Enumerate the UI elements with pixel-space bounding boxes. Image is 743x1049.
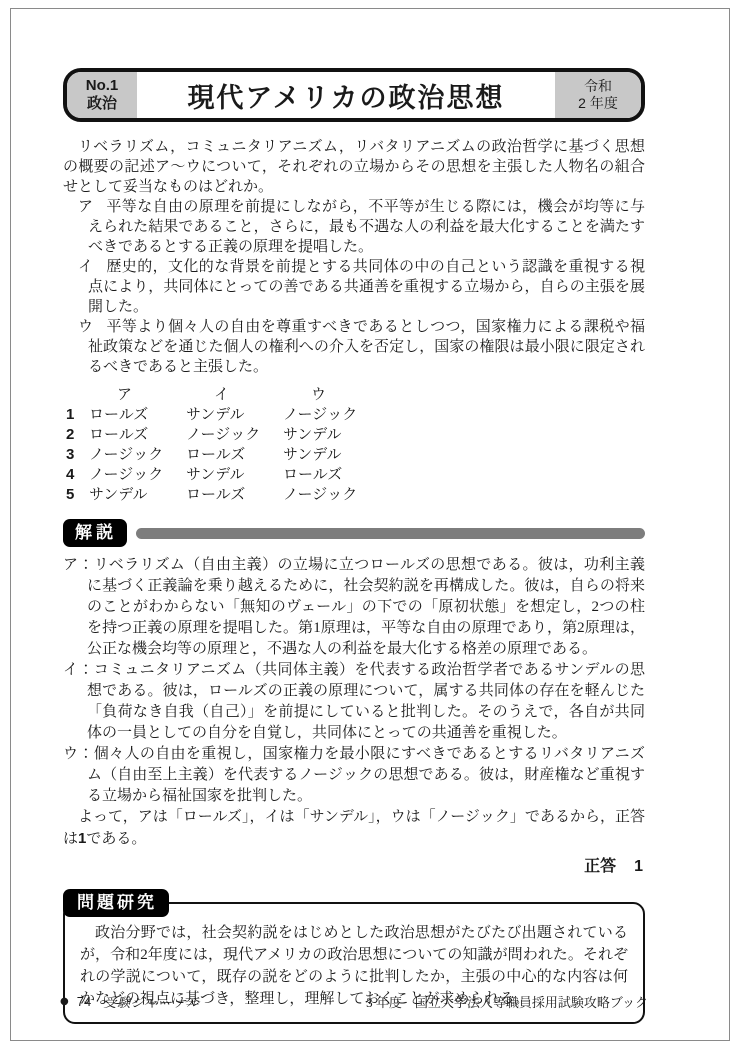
statement-u-marker: ウ [78, 319, 93, 335]
statement-i-text: 歴史的，文化的な背景を前提とする共同体の中の自己という認識を重視する視点により，… [88, 259, 645, 315]
choice-5-c: ノージック [283, 485, 380, 505]
question-intro: リベラリズム，コミュニタリアニズム，リバタリアニズムの政治哲学に基づく思想の概要… [63, 137, 645, 197]
kenkyu-badge: 問題研究 [63, 889, 169, 917]
kaisetsu-badge: 解説 [63, 519, 127, 547]
question-number: No.1 [86, 77, 119, 95]
answer-value: 1 [634, 858, 643, 875]
kaisetsu-item-i-marker: イ： [63, 662, 94, 678]
statement-a: ア平等な自由の原理を前提にしながら，不平等が生じる際には，機会が均等に与えられた… [63, 197, 645, 257]
conclusion-text-pre: よって，アは「ロールズ」，イは「サンデル」，ウは「ノージック」であるから，正答は [63, 809, 645, 847]
choices-header-u: ウ [283, 385, 380, 405]
statement-i-marker: イ [78, 259, 93, 275]
statement-u-text: 平等より個々人の自由を尊重すべきであるとしつつ，国家権力による課税や福祉政策など… [88, 319, 645, 375]
kaisetsu-item-a-marker: ア： [63, 557, 94, 573]
answer-label: 正答 [584, 858, 616, 875]
kaisetsu-item-i: イ：コミュニタリアニズム（共同体主義）を代表する政治哲学者であるサンデルの思想で… [63, 660, 645, 744]
choice-row-4: 4 ノージック サンデル ロールズ [63, 465, 645, 485]
choice-5-a: サンデル [89, 485, 186, 505]
choice-1-number: 1 [63, 405, 89, 425]
scanned-page: No.1 政治 現代アメリカの政治思想 令和 2 年度 リベラリズム，コミュニタ… [0, 0, 743, 1049]
choice-row-5: 5 サンデル ロールズ ノージック [63, 485, 645, 505]
choice-3-number: 3 [63, 445, 89, 465]
statement-u: ウ平等より個々人の自由を尊重すべきであるとしつつ，国家権力による課税や福祉政策な… [63, 317, 645, 377]
footer-left: ● 74 受験ジャーナル [60, 992, 200, 1011]
choice-3-a: ノージック [89, 445, 186, 465]
kaisetsu-item-u-text: 個々人の自由を重視し，国家権力を最小限にすべきであるとするリバタリアニズム（自由… [87, 746, 645, 804]
choice-1-b: サンデル [186, 405, 283, 425]
choice-1-a: ロールズ [89, 405, 186, 425]
question-era: 令和 [584, 78, 612, 95]
statement-i: イ歴史的，文化的な背景を前提とする共同体の中の自己という認識を重視する視点により… [63, 257, 645, 317]
kaisetsu-item-i-text: コミュニタリアニズム（共同体主義）を代表する政治哲学者であるサンデルの思想である… [87, 662, 645, 741]
kaisetsu-header: 解説 [63, 519, 645, 547]
choice-2-b: ノージック [186, 425, 283, 445]
choices-header-i: イ [186, 385, 283, 405]
statement-a-marker: ア [78, 199, 93, 215]
choice-5-number: 5 [63, 485, 89, 505]
choice-row-3: 3 ノージック ロールズ サンデル [63, 445, 645, 465]
kaisetsu-item-u-marker: ウ： [63, 746, 94, 762]
question-number-box: No.1 政治 [67, 72, 137, 118]
bullet-icon: ● [60, 996, 69, 1007]
page-content: No.1 政治 現代アメリカの政治思想 令和 2 年度 リベラリズム，コミュニタ… [63, 68, 645, 1024]
choices-header-a: ア [89, 385, 186, 405]
footer-page-number: 74 [77, 994, 91, 1009]
choice-4-number: 4 [63, 465, 89, 485]
choice-3-c: サンデル [283, 445, 380, 465]
choice-2-c: サンデル [283, 425, 380, 445]
page-footer: ● 74 受験ジャーナル 3 年度 国立大学法人等職員採用試験攻略ブック [60, 992, 648, 1011]
choices-table: ア イ ウ 1 ロールズ サンデル ノージック 2 ロールズ ノージック サンデ… [63, 385, 645, 505]
kaisetsu-item-a: ア：リベラリズム（自由主義）の立場に立つロールズの思想である。彼は，功利主義に基… [63, 555, 645, 660]
choice-4-c: ロールズ [283, 465, 380, 485]
choice-2-number: 2 [63, 425, 89, 445]
choice-row-2: 2 ロールズ ノージック サンデル [63, 425, 645, 445]
statement-a-text: 平等な自由の原理を前提にしながら，不平等が生じる際には，機会が均等に与えられた結… [88, 199, 645, 255]
choice-4-b: サンデル [186, 465, 283, 485]
question-year-box: 令和 2 年度 [555, 72, 641, 118]
kaisetsu-item-u: ウ：個々人の自由を重視し，国家権力を最小限にすべきであるとするリバタリアニズム（… [63, 744, 645, 807]
choice-5-b: ロールズ [186, 485, 283, 505]
choice-3-b: ロールズ [186, 445, 283, 465]
question-header-box: No.1 政治 現代アメリカの政治思想 令和 2 年度 [63, 68, 645, 122]
kaisetsu-conclusion: よって，アは「ロールズ」，イは「サンデル」，ウは「ノージック」であるから，正答は… [63, 807, 645, 850]
footer-journal-name: 受験ジャーナル [103, 992, 200, 1011]
kaisetsu-rule-bar [136, 528, 645, 539]
conclusion-text-post: である。 [86, 831, 146, 847]
question-category: 政治 [87, 95, 117, 113]
question-year: 2 年度 [578, 95, 618, 112]
choice-row-1: 1 ロールズ サンデル ノージック [63, 405, 645, 425]
choice-2-a: ロールズ [89, 425, 186, 445]
question-title: 現代アメリカの政治思想 [137, 72, 555, 118]
choice-1-c: ノージック [283, 405, 380, 425]
choices-header-row: ア イ ウ [63, 385, 645, 405]
footer-book-title: 3 年度 国立大学法人等職員採用試験攻略ブック [366, 992, 648, 1011]
kaisetsu-item-a-text: リベラリズム（自由主義）の立場に立つロールズの思想である。彼は，功利主義に基づく… [87, 557, 645, 657]
choice-4-a: ノージック [89, 465, 186, 485]
answer-line: 正答1 [63, 853, 645, 876]
